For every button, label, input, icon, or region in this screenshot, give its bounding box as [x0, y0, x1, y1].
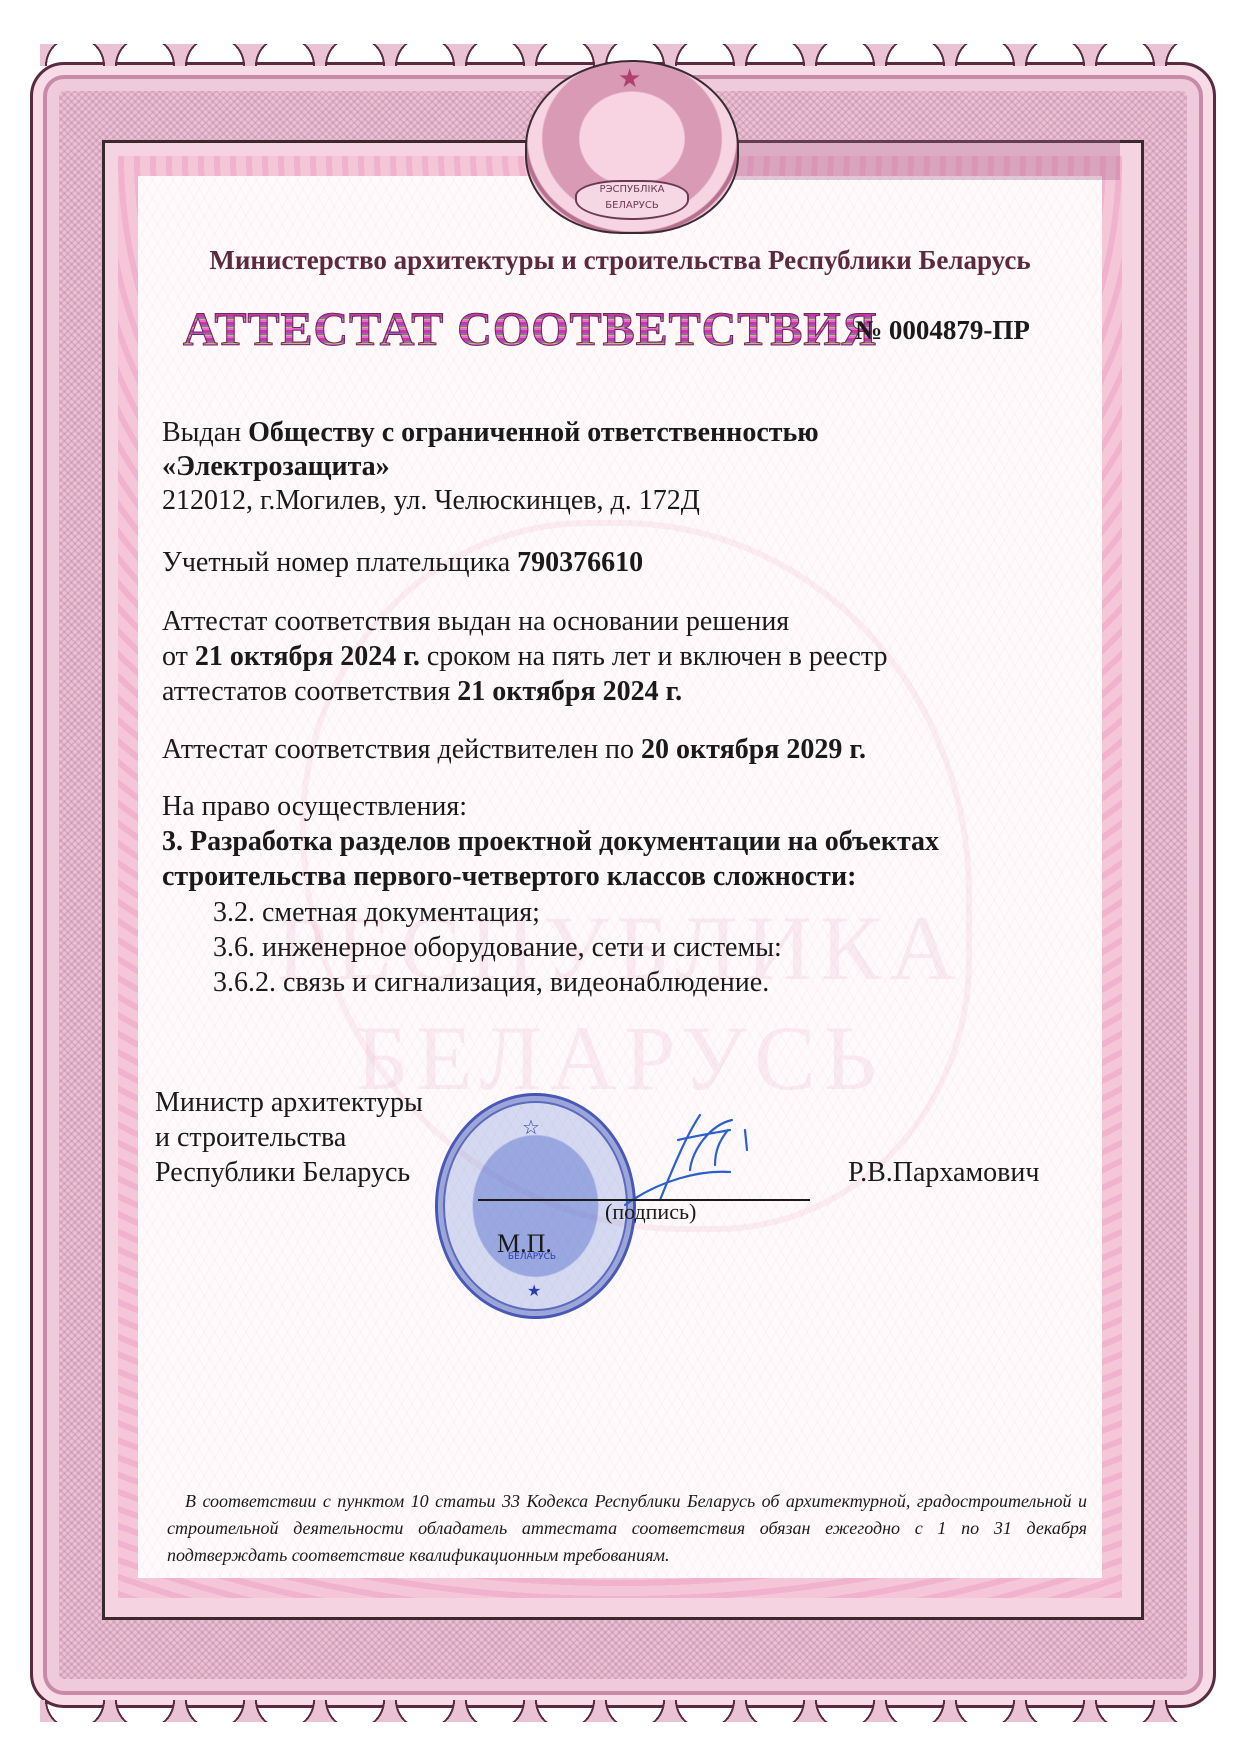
- valid-until-date: 20 октября 2029 г.: [641, 734, 866, 765]
- scope-section-line1: 3. Разработка разделов проектной докумен…: [162, 825, 939, 859]
- decision-date: 21 октября 2024 г.: [195, 641, 420, 672]
- issuing-ministry: Министерство архитектуры и строительства…: [0, 245, 1240, 276]
- scope-section-title-cont: строительства первого-четвертого классов…: [162, 861, 856, 892]
- scope-intro: На право осуществления:: [162, 790, 467, 824]
- scope-section-line2: строительства первого-четвертого классов…: [162, 860, 856, 894]
- basis-line2: от 21 октября 2024 г. сроком на пять лет…: [162, 640, 887, 674]
- signature-caption: (подпись): [605, 1199, 696, 1225]
- issued-to-prefix: Выдан: [162, 417, 241, 448]
- emblem-ribbon-line1: РЭСПУБЛІКА: [577, 182, 687, 198]
- taxpayer-number: 790376610: [517, 547, 643, 578]
- seal-bottom-star-icon: ★: [527, 1281, 541, 1301]
- scope-item: 3.6.2. связь и сигнализация, видеонаблюд…: [213, 966, 769, 1000]
- validity-line: Аттестат соответствия действителен по 20…: [162, 733, 866, 767]
- signatory-position-line2: и строительства: [155, 1121, 346, 1155]
- handwritten-signature-icon: [620, 1110, 770, 1210]
- registry-date: 21 октября 2024 г.: [457, 676, 682, 707]
- basis-line1: Аттестат соответствия выдан на основании…: [162, 605, 789, 639]
- basis-line3: аттестатов соответствия 21 октября 2024 …: [162, 675, 682, 709]
- document-title: АТТЕСТАТ СООТВЕТСТВИЯ: [183, 302, 877, 357]
- taxpayer-number-line: Учетный номер плательщика 790376610: [162, 546, 643, 580]
- registry-label: аттестатов соответствия: [162, 676, 450, 707]
- frame-scallop-bottom: [40, 1700, 1200, 1722]
- organization-name-line1: Обществу с ограниченной ответственностью: [248, 417, 819, 448]
- taxpayer-label: Учетный номер плательщика: [162, 547, 510, 578]
- basis-term: сроком на пять лет и включен в реестр: [427, 641, 888, 672]
- basis-prefix: от: [162, 641, 188, 672]
- signatory-name: Р.В.Пархамович: [848, 1156, 1039, 1190]
- scope-item: 3.6. инженерное оборудование, сети и сис…: [213, 931, 782, 965]
- emblem-ribbon-line2: БЕЛАРУСЬ: [577, 198, 687, 214]
- scope-item: 3.2. сметная документация;: [213, 896, 540, 930]
- signatory-position-line1: Министр архитектуры: [155, 1086, 423, 1120]
- seal-place-mark: М.П.: [497, 1229, 552, 1259]
- issued-to-line: Выдан Обществу с ограниченной ответствен…: [162, 416, 819, 450]
- validity-label: Аттестат соответствия действителен по: [162, 734, 634, 765]
- legal-footnote: В соответствии с пунктом 10 статьи 33 Ко…: [167, 1488, 1087, 1569]
- organization-address: 212012, г.Могилев, ул. Челюскинцев, д. 1…: [162, 484, 700, 518]
- emblem-star-icon: ★: [618, 64, 641, 94]
- certificate-number: № 0004879-ПР: [855, 315, 1030, 346]
- scope-section-title: 3. Разработка разделов проектной докумен…: [162, 826, 939, 857]
- organization-name-line2: «Электрозащита»: [162, 450, 390, 484]
- emblem-ribbon: РЭСПУБЛІКА БЕЛАРУСЬ: [575, 180, 689, 220]
- seal-star-icon: ☆: [522, 1115, 540, 1140]
- signatory-position-line3: Республики Беларусь: [155, 1156, 410, 1190]
- organization-name: «Электрозащита»: [162, 451, 390, 482]
